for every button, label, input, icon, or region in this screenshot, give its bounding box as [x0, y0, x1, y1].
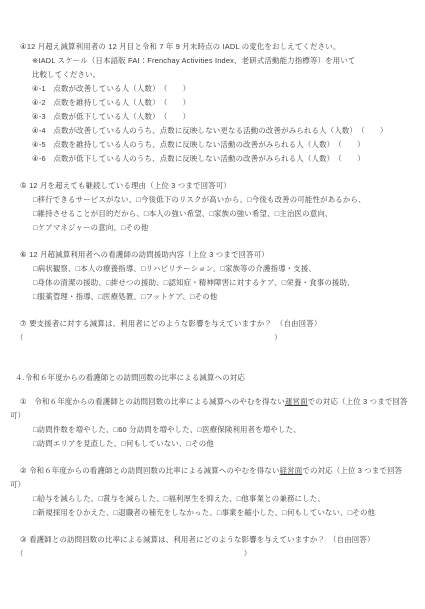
q4-sub6: ④-6 点数が低下している人のうち、点数に反映しない活動の改善がみられる人（人数…	[32, 152, 413, 166]
q5-options-line3: □ケアマネジャーの意向、□その他	[33, 221, 413, 235]
text-segment: ④-1 点数が改善している人（人数） （ ）	[32, 84, 190, 93]
text-segment: 比較してください。	[32, 70, 100, 79]
q6-title: ⑥ 12 月超減算利用者への看護師の訪問援助内容（上位 3 つまで回答可）	[10, 248, 413, 262]
s4-q1-options-line2: □訪問エリアを見直した、□何もしていない、□その他	[33, 437, 413, 451]
q4-note-line1: ※IADL スケール（日本語版 FAI：Frenchay Activities …	[32, 54, 413, 68]
q7-title: ⑦ 要支援者に対する減算は、利用者にどのような影響を与えていますか？ （自由回答…	[10, 317, 413, 331]
document-body: ④12 月超え減算利用者の 12 月目と令和 7 年 9 月末時点の IADL …	[10, 40, 413, 561]
text-segment: ④12 月超え減算利用者の 12 月目と令和 7 年 9 月末時点の IADL …	[20, 42, 340, 51]
text-segment: ④-4 点数が改善している人のうち、点数に反映しない更なる活動の改善がみられる人…	[32, 126, 388, 135]
text-segment: ④-5 点数を維持している人のうち、点数に反映しない活動の改善がみられる人（人数…	[32, 140, 365, 149]
q7-free-answer-field: （ ）	[16, 331, 413, 345]
q4-sub2: ④-2 点数を維持している人（人数） （ ）	[32, 96, 413, 110]
text-segment: □ケアマネジャーの意向、□その他	[33, 223, 148, 232]
text-segment: ４.令和６年度からの看護師との訪問回数の比率による減算への対応	[15, 373, 245, 382]
q6-options-line2: □身体の清潔の援助、□排せつの援助、□認知症・精神障害に対するケア、□栄養・食事…	[33, 276, 413, 290]
section4-heading: ４.令和６年度からの看護師との訪問回数の比率による減算への対応	[15, 371, 413, 385]
text-segment: □身体の清潔の援助、□排せつの援助、□認知症・精神障害に対するケア、□栄養・食事…	[33, 278, 355, 287]
text-segment: □訪問件数を増やした、□60 分訪問を増やした、□医療保険利用者を増やした、	[33, 425, 301, 434]
text-segment: （ ）	[16, 333, 282, 342]
q6-options-line3: □服薬管理・指導、□医療処置、□フットケア、□その他	[33, 290, 413, 304]
q4-title: ④12 月超え減算利用者の 12 月目と令和 7 年 9 月末時点の IADL …	[10, 40, 413, 54]
q6-options-line1: □病状観察、□本人の療養指導、□リハビリテーション、□家族等の介護指導・支援、	[33, 262, 413, 276]
s4-q2-options-line2: □新規採用をひかえた、□退職者の補充をしなかった、□事業を縮小した、□何もしてい…	[33, 506, 413, 520]
text-segment: ④-2 点数を維持している人（人数） （ ）	[32, 98, 190, 107]
text-segment: □給与を減らした、□賞与を減らした、□福利厚生を抑えた、□他事業との兼務にした、	[33, 494, 325, 503]
q4-sub3: ④-3 点数が低下している人（人数） （ ）	[32, 110, 413, 124]
text-segment: ④-3 点数が低下している人（人数） （ ）	[32, 112, 190, 121]
text-segment: □服薬管理・指導、□医療処置、□フットケア、□その他	[33, 292, 217, 301]
q4-sub5: ④-5 点数を維持している人のうち、点数に反映しない活動の改善がみられる人（人数…	[32, 138, 413, 152]
document-page: ④12 月超え減算利用者の 12 月目と令和 7 年 9 月末時点の IADL …	[0, 0, 425, 609]
q5-options-line1: □移行できるサービスがない、□今後低下のリスクが高いから、□今後も改善の可能性が…	[33, 193, 413, 207]
text-segment: ② 令和６年度からの看護師との訪問回数の比率による減算へのやむを得ない	[20, 466, 280, 475]
text-segment: □訪問エリアを見直した、□何もしていない、□その他	[33, 439, 214, 448]
underlined-term: 運営面	[285, 397, 308, 406]
s4-q2-title: ② 令和６年度からの看護師との訪問回数の比率による減算へのやむを得ない経営面での…	[10, 464, 413, 492]
s4-q3-title: ③ 看護師との訪問回数の比率による減算は、利用者にどのような影響を与えていますか…	[10, 533, 413, 547]
q4-sub4: ④-4 点数が改善している人のうち、点数に反映しない更なる活動の改善がみられる人…	[32, 124, 413, 138]
text-segment: ④-6 点数が低下している人のうち、点数に反映しない活動の改善がみられる人（人数…	[32, 154, 365, 163]
q5-options-line2: □維持させることが目的だから、□本人の強い希望、□家族の強い希望、□主治医の意向…	[33, 207, 413, 221]
text-segment: ⑦ 要支援者に対する減算は、利用者にどのような影響を与えていますか？ （自由回答…	[20, 319, 321, 328]
s4-q2-options-line1: □給与を減らした、□賞与を減らした、□福利厚生を抑えた、□他事業との兼務にした、	[33, 492, 413, 506]
text-segment: □移行できるサービスがない、□今後低下のリスクが高いから、□今後も改善の可能性が…	[33, 195, 366, 204]
text-segment: ③ 看護師との訪問回数の比率による減算は、利用者にどのような影響を与えていますか…	[20, 535, 375, 544]
q4-sub1: ④-1 点数が改善している人（人数） （ ）	[32, 82, 413, 96]
text-segment: ① 令和６年度からの看護師との訪問回数の比率による減算へのやむを得ない	[20, 397, 285, 406]
text-segment: □病状観察、□本人の療養指導、□リハビリテーション、□家族等の介護指導・支援、	[33, 264, 316, 273]
text-segment: ※IADL スケール（日本語版 FAI：Frenchay Activities …	[32, 56, 356, 65]
s4-q1-title: ① 令和６年度からの看護師との訪問回数の比率による減算へのやむを得ない運営面での…	[10, 395, 413, 423]
text-segment: （ ）	[16, 549, 251, 558]
q5-title: ⑤ 12 月を超えても継続している理由（上位 3 つまで回答可）	[10, 179, 413, 193]
s4-q1-options-line1: □訪問件数を増やした、□60 分訪問を増やした、□医療保険利用者を増やした、	[33, 423, 413, 437]
underlined-term: 経営面	[280, 466, 303, 475]
text-segment: □新規採用をひかえた、□退職者の補充をしなかった、□事業を縮小した、□何もしてい…	[33, 508, 375, 517]
q4-note-line2: 比較してください。	[32, 68, 413, 82]
text-segment: □維持させることが目的だから、□本人の強い希望、□家族の強い希望、□主治医の意向…	[33, 209, 333, 218]
text-segment: ⑥ 12 月超減算利用者への看護師の訪問援助内容（上位 3 つまで回答可）	[20, 250, 269, 259]
text-segment: ⑤ 12 月を超えても継続している理由（上位 3 つまで回答可）	[20, 181, 231, 190]
s4-q3-free-answer-field: （ ）	[16, 547, 413, 561]
